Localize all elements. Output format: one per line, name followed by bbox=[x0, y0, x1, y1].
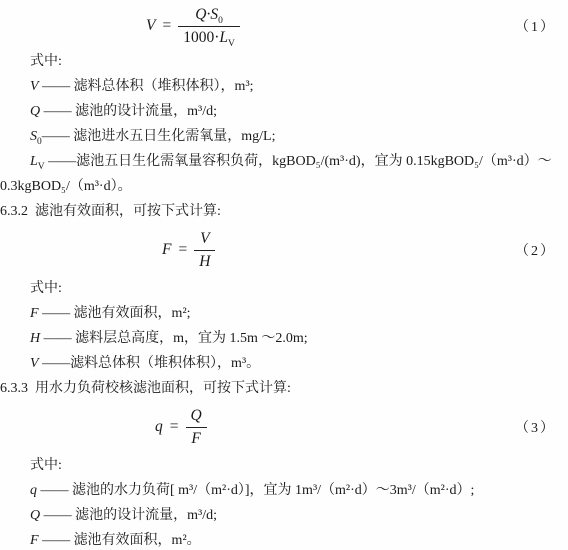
fraction-1: Q·S0 1000·LV bbox=[178, 6, 240, 45]
fraction-3-denominator: F bbox=[186, 428, 207, 447]
definition-lv: LV ——滤池五日生化需氧量容积负荷，kgBOD₅/(m³·d)，宜为 0.15… bbox=[0, 149, 568, 174]
formula-2-lhs: F bbox=[162, 241, 171, 259]
definition-text-q3: —— 滤池的设计流量，m³/d; bbox=[40, 508, 217, 523]
equation-row-1: V = Q·S0 1000·LV （1） bbox=[0, 3, 568, 49]
fraction-3-numerator: Q bbox=[186, 407, 207, 427]
equals-sign: = bbox=[178, 241, 187, 259]
equation-number-2: （2） bbox=[515, 240, 556, 260]
fraction-2: V H bbox=[194, 230, 215, 269]
definition-text-s0: —— 滤池进水五日生化需氧量，mg/L; bbox=[42, 129, 276, 144]
equation-row-2: F = V H （2） bbox=[0, 227, 568, 273]
equation-number-3: （3） bbox=[515, 417, 556, 437]
variable-f-area: F bbox=[30, 533, 39, 548]
definition-text-f3: —— 滤池有效面积，m²。 bbox=[39, 533, 201, 548]
fraction-2-numerator: V bbox=[194, 230, 215, 250]
definition-text-v1: —— 滤料总体积（堆积体积），m³; bbox=[39, 79, 254, 94]
where-label-3: 式中: bbox=[0, 453, 568, 478]
definition-q3: Q —— 滤池的设计流量，m³/d; bbox=[0, 503, 568, 528]
section-heading-6-3-3: 6.3.3 用水力负荷校核滤池面积，可按下式计算: bbox=[0, 376, 568, 401]
variable-h-height: H bbox=[30, 331, 40, 346]
formula-2: F = V H bbox=[162, 230, 215, 269]
definition-text-lv: ——滤池五日生化需氧量容积负荷，kgBOD₅/(m³·d)，宜为 0.15kgB… bbox=[45, 154, 552, 169]
definition-lv-continuation: 0.3kgBOD₅/（m³·d）。 bbox=[0, 174, 568, 199]
definition-s0: S0—— 滤池进水五日生化需氧量，mg/L; bbox=[0, 124, 568, 149]
variable-s0: S bbox=[30, 129, 37, 144]
definition-v1: V —— 滤料总体积（堆积体积），m³; bbox=[0, 74, 568, 99]
section-heading-6-3-2: 6.3.2 滤池有效面积，可按下式计算: bbox=[0, 199, 568, 224]
fraction-1-numerator: Q·S0 bbox=[178, 6, 240, 26]
definition-text-v2: ——滤料总体积（堆积体积），m³。 bbox=[39, 356, 261, 371]
equation-row-3: q = Q F （3） bbox=[0, 404, 568, 450]
definition-text-h: —— 滤料层总高度，m，宜为 1.5m ～2.0m; bbox=[40, 331, 308, 346]
variable-v: V bbox=[30, 79, 39, 94]
variable-q-flow: Q bbox=[30, 104, 40, 119]
definition-f2: F —— 滤池有效面积，m²; bbox=[0, 301, 568, 326]
where-label-2: 式中: bbox=[0, 276, 568, 301]
formula-3-lhs: q bbox=[155, 418, 163, 436]
fraction-2-denominator: H bbox=[194, 251, 215, 270]
definition-h: H —— 滤料层总高度，m，宜为 1.5m ～2.0m; bbox=[0, 326, 568, 351]
variable-q-flow: Q bbox=[30, 508, 40, 523]
formula-1-lhs: V bbox=[146, 17, 155, 35]
fraction-3: Q F bbox=[186, 407, 207, 446]
definition-q1: Q —— 滤池的设计流量，m³/d; bbox=[0, 99, 568, 124]
fraction-1-denominator: 1000·LV bbox=[178, 27, 240, 46]
where-label-1: 式中: bbox=[0, 49, 568, 74]
variable-lv: L bbox=[30, 154, 38, 169]
equals-sign: = bbox=[162, 17, 171, 35]
definition-text-f2: —— 滤池有效面积，m²; bbox=[39, 306, 191, 321]
variable-f-area: F bbox=[30, 306, 39, 321]
definition-text-q1: —— 滤池的设计流量，m³/d; bbox=[40, 104, 217, 119]
definition-v2: V ——滤料总体积（堆积体积），m³。 bbox=[0, 351, 568, 376]
formula-3: q = Q F bbox=[155, 407, 207, 446]
definition-q-hydraulic: q —— 滤池的水力负荷[ m³/（m²·d）]，宜为 1m³/（m²·d）～3… bbox=[0, 478, 568, 503]
equals-sign: = bbox=[170, 418, 179, 436]
variable-q-hydraulic: q bbox=[30, 483, 37, 498]
definition-f3: F —— 滤池有效面积，m²。 bbox=[0, 528, 568, 550]
formula-1: V = Q·S0 1000·LV bbox=[146, 6, 240, 45]
equation-number-1: （1） bbox=[515, 16, 556, 36]
variable-v: V bbox=[30, 356, 39, 371]
definition-text-q-hydraulic: —— 滤池的水力负荷[ m³/（m²·d）]，宜为 1m³/（m²·d）～3m³… bbox=[37, 483, 474, 498]
standard-document-page: V = Q·S0 1000·LV （1） 式中: V —— 滤料总体积（堆积体积… bbox=[0, 0, 568, 550]
